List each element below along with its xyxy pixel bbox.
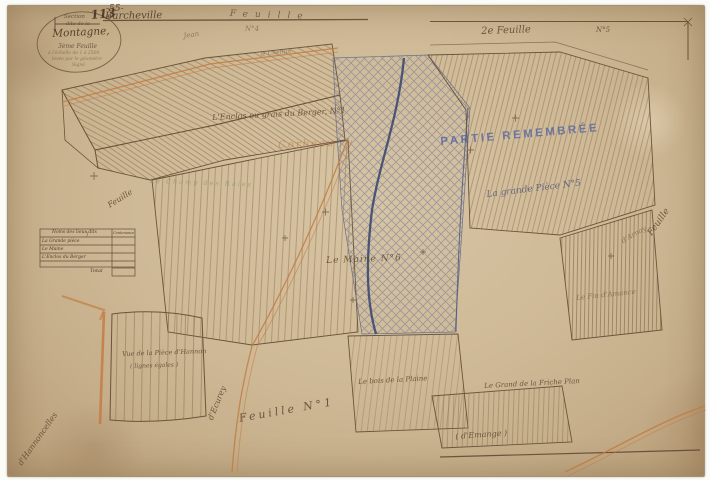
- table-header: Noms des lieux dits: [52, 230, 97, 235]
- table-row: La Grande pièce: [42, 239, 80, 244]
- top-feuille-spaced: Feuille: [230, 9, 310, 22]
- map-labels: 113 -55- Barcheville Feuille 2e Feuille …: [0, 0, 710, 480]
- cartouche-title: Montagne,: [52, 25, 110, 40]
- cartouche-line1: Section: [64, 14, 85, 20]
- label-grand-friche: Le Grand de la Friche Plan: [484, 377, 580, 390]
- label-grande-piece: La grande Pièce N°5: [486, 178, 581, 199]
- commune-name: Barcheville: [105, 10, 162, 22]
- table-col-header: Contenance: [113, 231, 134, 235]
- label-feuille-left: Feuille: [106, 187, 134, 209]
- inset-sub: ( lignes égales ): [130, 361, 178, 370]
- label-emange: ( d'Emange ): [455, 428, 507, 441]
- cartouche-line5: levée par le géomètre: [52, 57, 102, 62]
- parcel-no-label: N°4: [245, 25, 259, 33]
- label-partie-remembree: PARTIE REMEMBRÉE: [440, 122, 600, 148]
- inset-title: Vue de la Pièce d'Hannon: [122, 347, 207, 358]
- cartouche-signature: Signé: [72, 63, 85, 68]
- cartouche-line4: à l'échelle de 1 à 2500: [48, 51, 99, 56]
- sheet-no-label: N°5: [596, 26, 610, 34]
- table-total: Total: [90, 268, 103, 274]
- label-champ: Le Champ des Raies: [150, 177, 253, 189]
- table-row: Le Maine: [42, 247, 63, 252]
- cadastral-map-scan: 113 -55- Barcheville Feuille 2e Feuille …: [0, 0, 710, 480]
- label-feuille-right: Feuille: [646, 207, 672, 238]
- chemin-note: le Chemin: [260, 48, 291, 58]
- label-arnay: d'Arnay: [620, 224, 648, 245]
- label-feuille-n1: Feuille N°1: [238, 395, 335, 425]
- label-maine: Le Maine N°6: [326, 253, 402, 266]
- label-bois-plaine: Le bois de la Plaine: [358, 374, 428, 386]
- label-hannoncelles: d'Hannoncelles: [16, 411, 59, 467]
- label-enclos: L'Enclos ou grais du Berger, N°1: [212, 106, 346, 122]
- label-ecurey: d'Ecurey: [206, 385, 228, 422]
- label-corbeau: Corbeau: [278, 138, 336, 151]
- second-sheet-label: 2e Feuille: [481, 24, 531, 37]
- table-row: L'Enclos du Berger: [42, 255, 86, 260]
- jean-note: Jean: [183, 30, 200, 40]
- cartouche-line3: 3ème Feuille: [58, 43, 97, 50]
- label-fin-amance: Le Fin d'Amance: [576, 288, 636, 302]
